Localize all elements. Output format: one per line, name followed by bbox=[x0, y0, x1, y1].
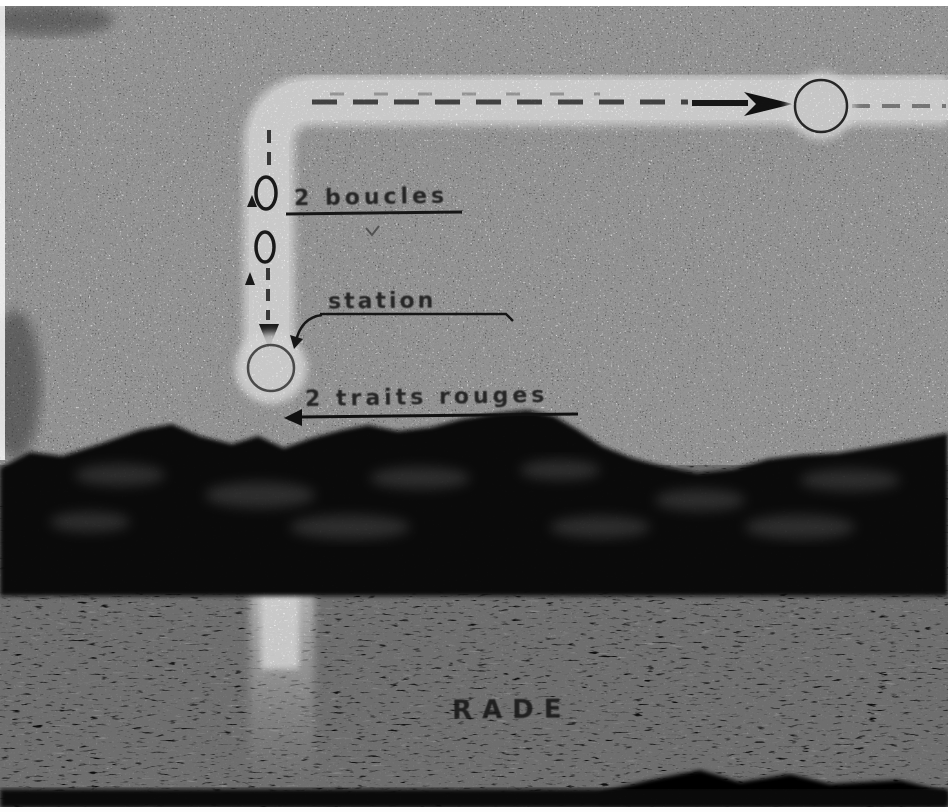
annotated-photo: 2 boucles station 2 traits rouges RADE bbox=[0, 0, 948, 812]
station-label: station bbox=[328, 289, 437, 315]
loops-label: 2 boucles bbox=[294, 184, 449, 212]
harbor-label: RADE bbox=[452, 694, 572, 725]
red-marks-label: 2 traits rouges bbox=[305, 383, 549, 412]
